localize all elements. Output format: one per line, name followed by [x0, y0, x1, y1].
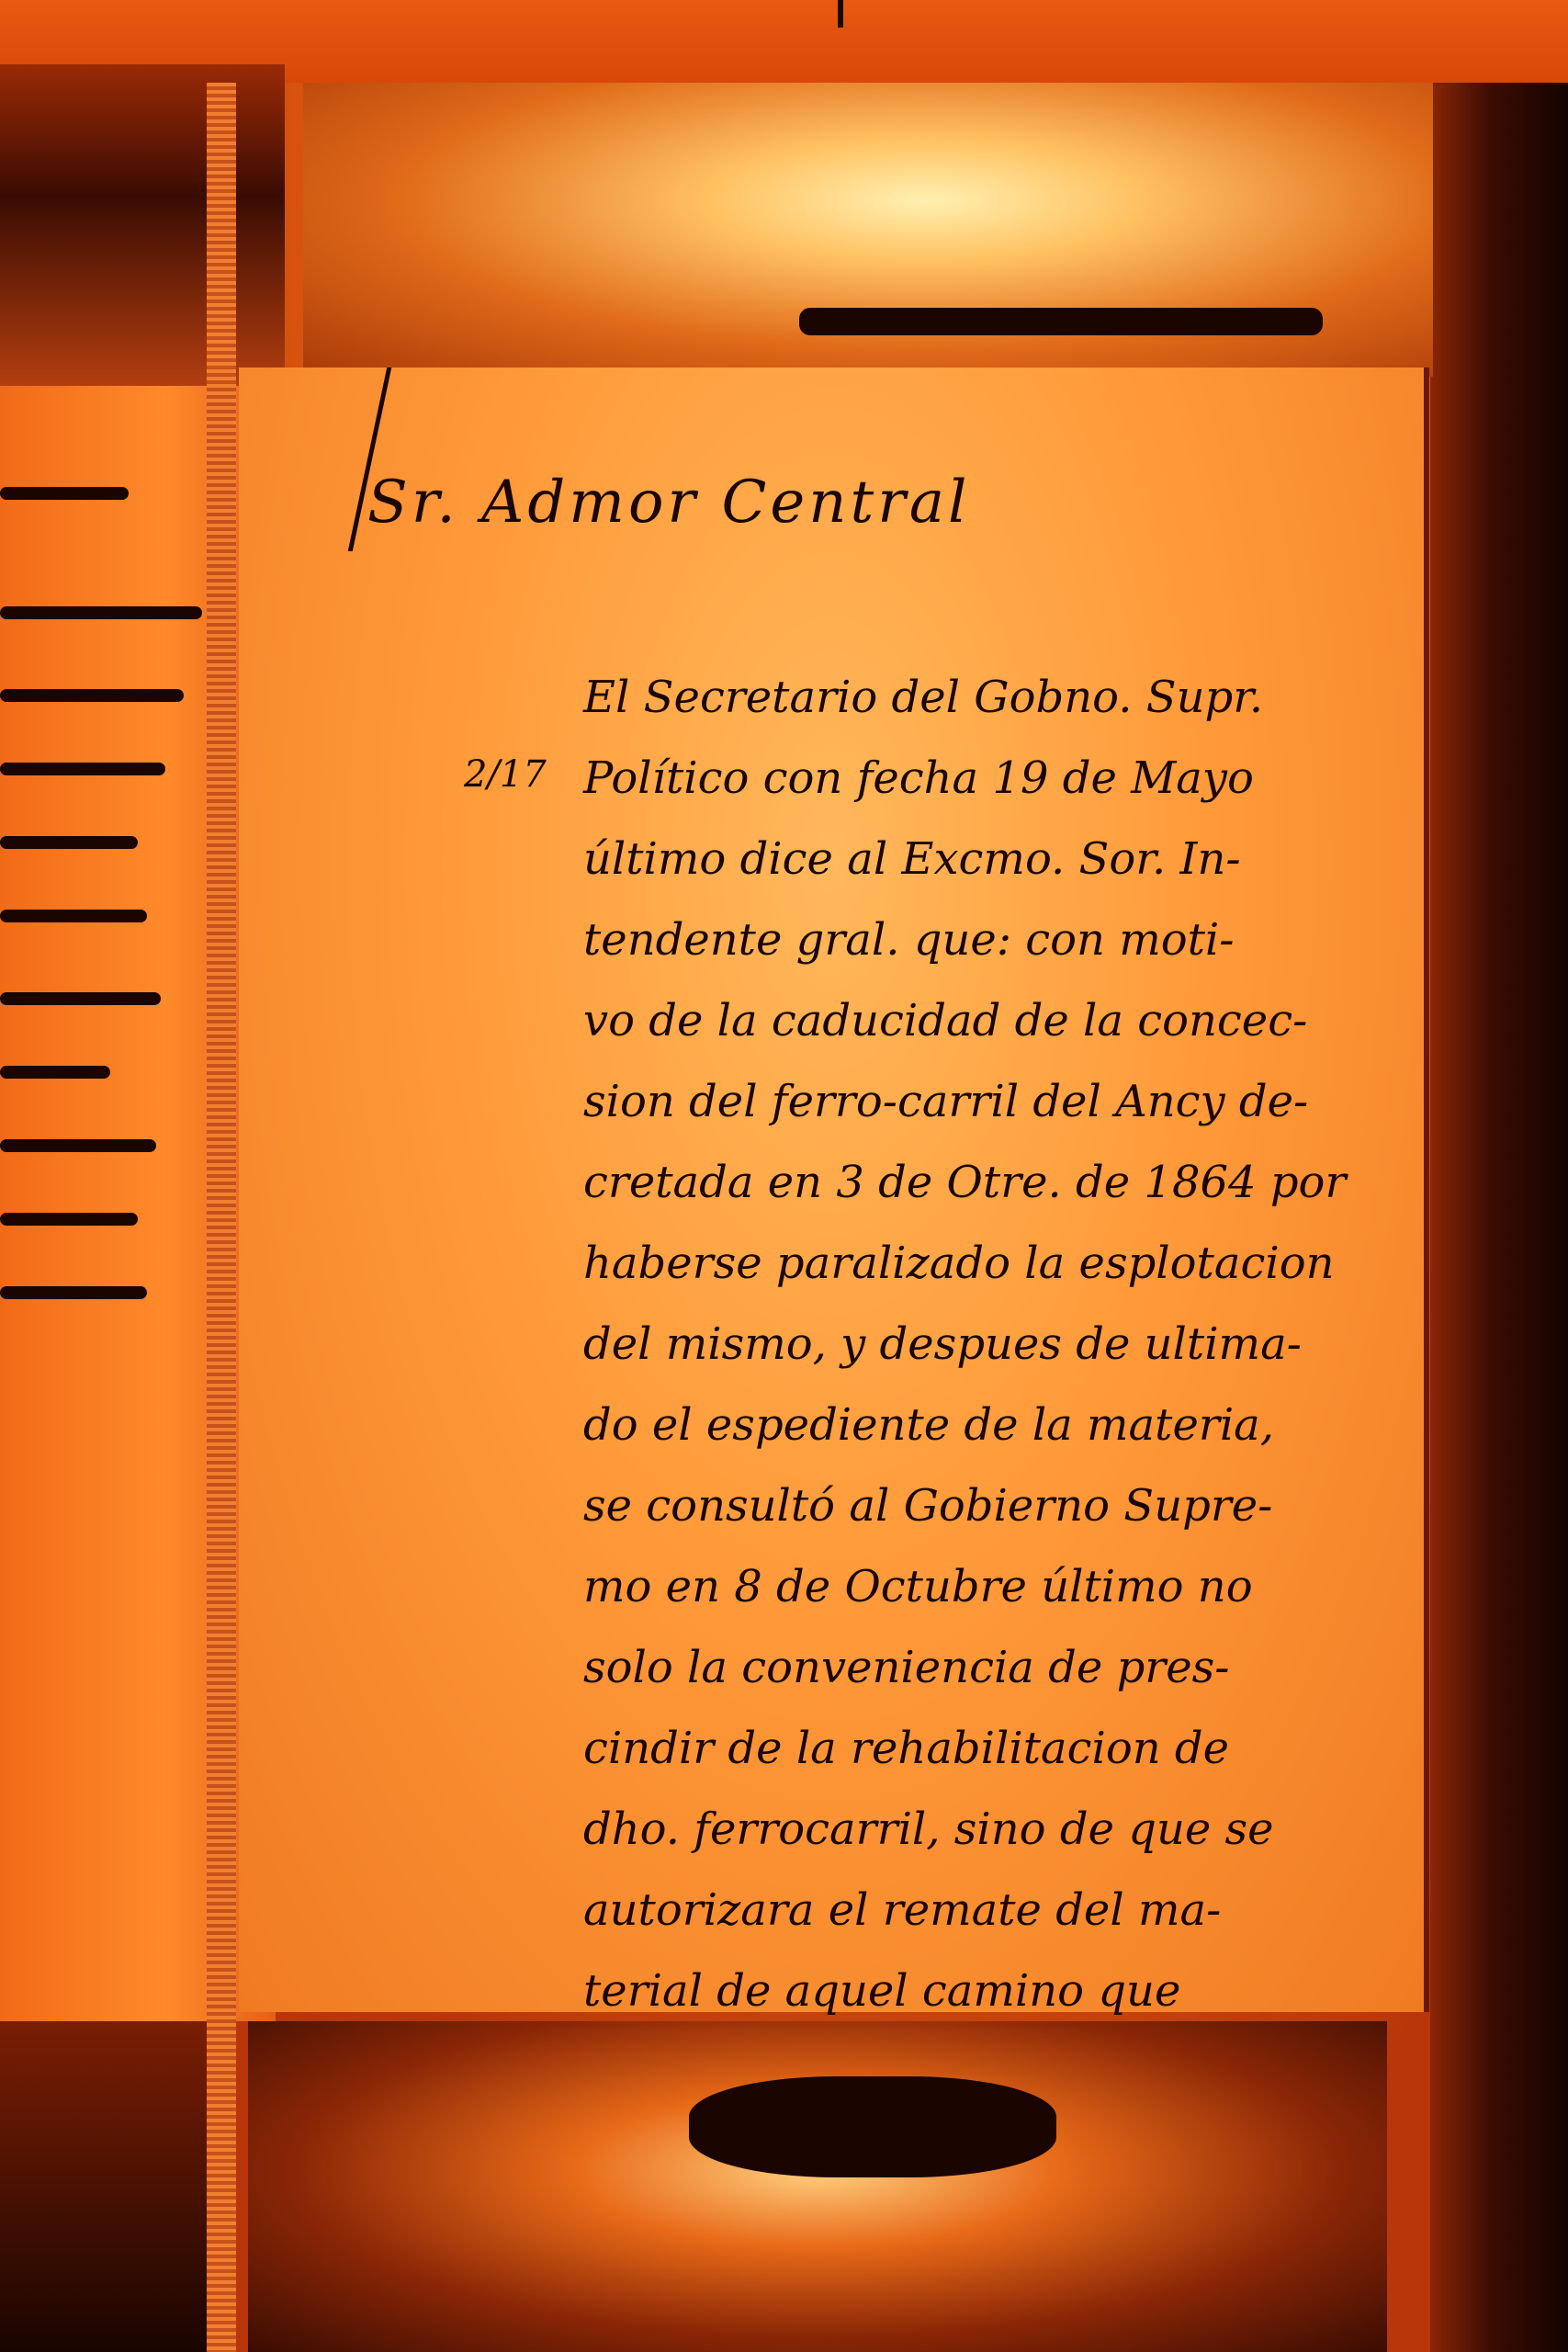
body-line: se consultó al Gobierno Supre- — [583, 1465, 1401, 1546]
body-line: haberse paralizado la esplotacion — [583, 1223, 1401, 1304]
body-line: autorizara el remate del ma- — [583, 1870, 1401, 1951]
left-page-line — [0, 836, 138, 849]
body-line: vo de la caducidad de la concec- — [583, 980, 1401, 1061]
left-page-line — [0, 992, 161, 1005]
left-page-line — [0, 910, 147, 922]
body-line: dho. ferrocarril, sino de que se — [583, 1789, 1401, 1870]
sleeve-dark-blot — [689, 2076, 1056, 2177]
body-line: último dice al Excmo. Sor. In- — [583, 819, 1401, 899]
body-line: cindir de la rehabilitacion de — [583, 1708, 1401, 1789]
body-line: cretada en 3 de Otre. de 1864 por — [583, 1142, 1401, 1223]
left-sleeve-top — [0, 64, 285, 395]
body-line: mo en 8 de Octubre último no — [583, 1546, 1401, 1627]
body-line: tendente gral. que: con moti- — [583, 899, 1401, 980]
left-page-line — [0, 487, 129, 500]
left-page-line — [0, 689, 184, 702]
body-line: El Secretario del Gobno. Supr. — [583, 657, 1401, 738]
body-line: del mismo, y despues de ultima- — [583, 1304, 1401, 1385]
book-spine — [207, 83, 236, 2352]
plastic-sleeve-bottom — [248, 2021, 1387, 2352]
top-mark — [838, 0, 843, 28]
letter-heading: Sr. Admor Central — [367, 469, 970, 537]
sleeve-dark-band — [799, 308, 1323, 335]
left-sleeve-bottom — [0, 2021, 220, 2352]
left-page-line — [0, 1066, 110, 1079]
left-page-line — [0, 763, 165, 775]
left-page-line — [0, 606, 202, 619]
left-page-line — [0, 1139, 156, 1152]
body-line: terial de aquel camino que — [583, 1951, 1401, 2031]
right-shadow-edge — [1430, 83, 1568, 2352]
manuscript-page: Sr. Admor Central 2/17 El Secretario del… — [239, 367, 1429, 2012]
left-page-line — [0, 1286, 147, 1299]
body-line: solo la conveniencia de pres- — [583, 1627, 1401, 1708]
body-line: sion del ferro-carril del Ancy de- — [583, 1061, 1401, 1142]
left-page-line — [0, 1213, 138, 1226]
margin-note: 2/17 — [464, 753, 547, 796]
body-line: Político con fecha 19 de Mayo — [583, 738, 1401, 819]
body-line: do el espediente de la materia, — [583, 1385, 1401, 1465]
